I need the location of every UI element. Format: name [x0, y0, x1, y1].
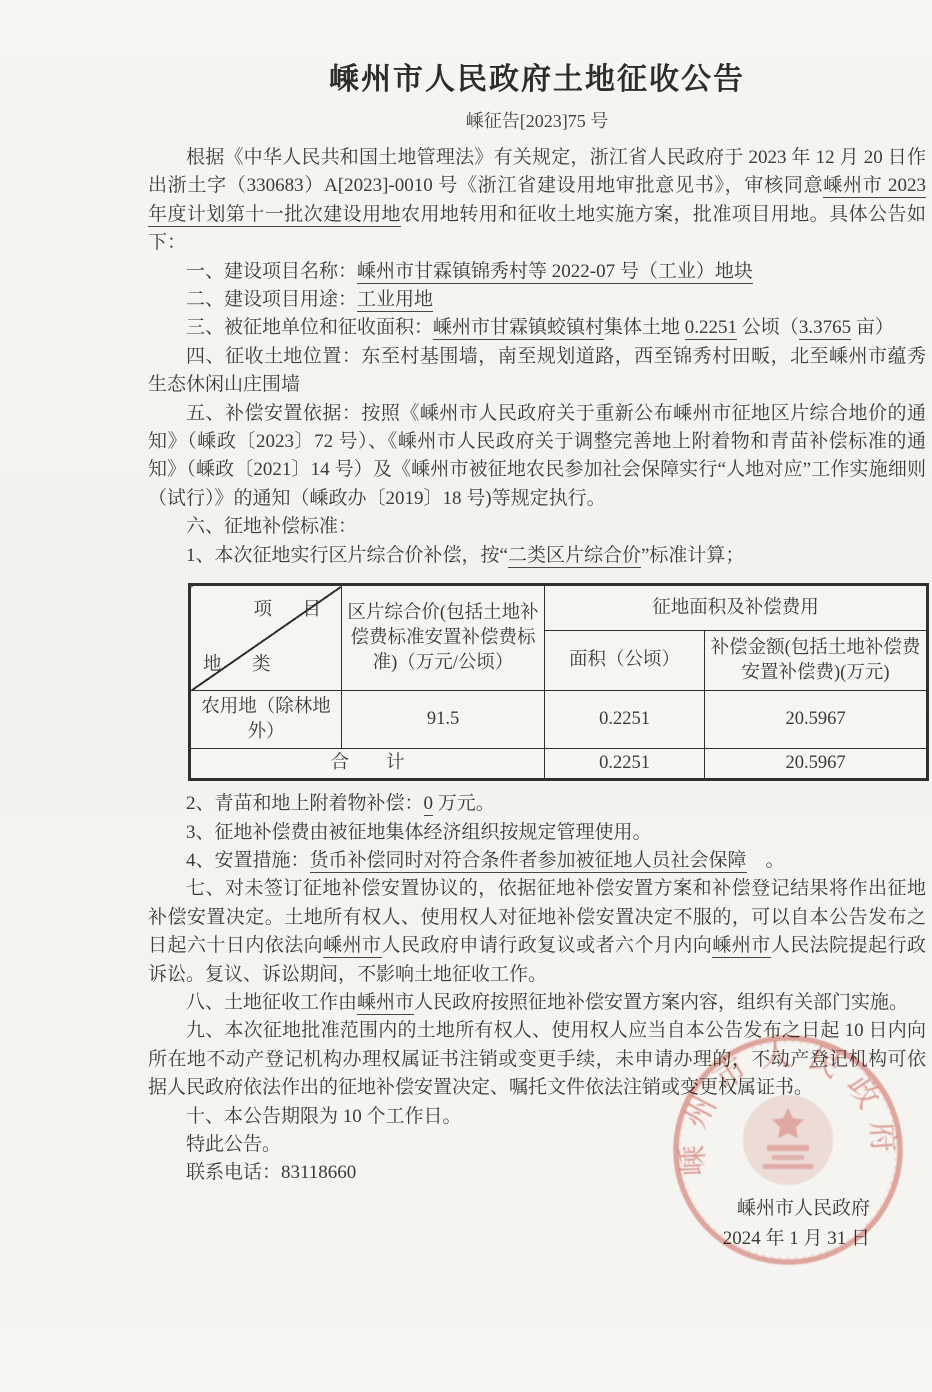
text-segment: 特此公告。	[186, 1134, 281, 1155]
row-category-cell: 农用地（除林地外）	[190, 691, 342, 749]
paragraph-contact: 联系电话：83118660	[148, 1159, 926, 1187]
underlined-text: 0	[424, 793, 434, 816]
document-body: 根据《中华人民共和国土地管理法》有关规定，浙江省人民政府于 2023 年 12 …	[148, 144, 926, 1188]
paragraph-item-6: 六、征地补偿标准：	[148, 513, 926, 541]
text-segment: 九、本次征地批准范围内的土地所有权人、使用权人应当自本公告发布之日起 10 日内…	[148, 1020, 926, 1098]
text-segment: 二、建设项目用途：	[186, 289, 357, 310]
underlined-text: 二类区片综合价	[508, 545, 641, 568]
text-segment: 4、安置措施：	[186, 850, 310, 871]
paragraph-item-7: 七、对未签订征地补偿安置协议的，依据征地补偿安置方案和补偿登记结果将作出征地补偿…	[148, 875, 926, 989]
text-segment: 人民政府申请行政复议或者六个月内向	[382, 935, 713, 956]
underlined-text: 嵊州市	[357, 992, 414, 1015]
text-segment: 公顷（	[737, 317, 799, 338]
underlined-text: 嵊州市	[323, 935, 381, 958]
paragraph-item-6-1: 1、本次征地实行区片综合价补偿，按“二类区片综合价”标准计算；	[148, 542, 926, 570]
paragraph-item-1: 一、建设项目名称：嵊州市甘霖镇锦秀村等 2022-07 号（工业）地块	[148, 258, 926, 286]
group-header-cell: 征地面积及补偿费用	[545, 585, 928, 631]
text-segment: 五、补偿安置依据：按照《嵊州市人民政府关于重新公布嵊州市征地区片综合地价的通知》…	[148, 403, 926, 509]
text-segment: 1、本次征地实行区片综合价补偿，按“	[186, 545, 508, 566]
underlined-text: 3.3765	[799, 317, 851, 340]
text-segment: 一、建设项目名称：	[186, 261, 357, 282]
row-price-cell: 91.5	[342, 691, 545, 749]
text-segment: ”标准计算；	[641, 545, 744, 566]
paragraph-item-6-4: 4、安置措施：货币补偿同时对符合条件者参加被征地人员社会保障 。	[148, 847, 926, 875]
compensation-table: 项 目 地 类 区片综合价(包括土地补偿费标准安置补偿费标准)（万元/公顷） 征…	[188, 583, 929, 781]
document-body-top: 根据《中华人民共和国土地管理法》有关规定，浙江省人民政府于 2023 年 12 …	[148, 144, 926, 570]
signature-org: 嵊州市人民政府	[148, 1194, 870, 1224]
signature-block: 嵊州市人民政府 2024 年 1 月 31 日	[148, 1194, 926, 1254]
corner-label-landtype: 地 类	[203, 653, 277, 678]
text-segment: 。	[747, 850, 785, 871]
text-segment: 十、本公告期限为 10 个工作日。	[186, 1106, 462, 1127]
underlined-text: 嵊州市甘霖镇蛟镇村	[433, 317, 604, 340]
signature-date: 2024 年 1 月 31 日	[148, 1224, 870, 1254]
document-body-bottom: 2、青苗和地上附着物补偿：0 万元。3、征地补偿费由被征地集体经济组织按规定管理…	[148, 790, 926, 1188]
text-segment: 人民政府按照征地补偿安置方案内容，组织有关部门实施。	[414, 992, 908, 1013]
paragraph-item-5: 五、补偿安置依据：按照《嵊州市人民政府关于重新公布嵊州市征地区片综合地价的通知》…	[148, 400, 926, 514]
text-segment: 亩）	[851, 317, 894, 338]
amount-header-cell: 补偿金额(包括土地补偿费安置补偿费)(万元)	[705, 631, 928, 691]
paragraph-item-3: 三、被征地单位和征收面积：嵊州市甘霖镇蛟镇村集体土地 0.2251 公顷（3.3…	[148, 314, 926, 342]
text-segment: 四、征收土地位置：东至村基围墙，南至规划道路，西至锦秀村田畈，北至嵊州市蕴秀生态…	[148, 346, 926, 395]
table-total-row: 合 计 0.2251 20.5967	[190, 749, 928, 780]
text-segment: 2、青苗和地上附着物补偿：	[186, 793, 424, 814]
underlined-text: 0.2251	[685, 317, 737, 340]
text-segment: 3、征地补偿费由被征地集体经济组织按规定管理使用。	[186, 822, 652, 843]
paragraph-item-6-2: 2、青苗和地上附着物补偿：0 万元。	[148, 790, 926, 818]
corner-label-item: 项 目	[253, 598, 327, 623]
underlined-text: 嵊州市甘霖镇锦秀村等 2022-07 号（工业）地块	[357, 261, 753, 284]
total-amount-cell: 20.5967	[705, 749, 928, 780]
paragraph-intro: 根据《中华人民共和国土地管理法》有关规定，浙江省人民政府于 2023 年 12 …	[148, 144, 926, 258]
page-title: 嵊州市人民政府土地征收公告	[148, 58, 926, 102]
paragraph-item-9: 九、本次征地批准范围内的土地所有权人、使用权人应当自本公告发布之日起 10 日内…	[148, 1017, 926, 1102]
total-area-cell: 0.2251	[545, 749, 705, 780]
total-label-cell: 合 计	[190, 749, 545, 780]
text-segment: 根据《中华人民共和国土地管理法》有关规定，浙江省人民政府于 2023 年 12 …	[148, 147, 926, 196]
text-segment: 联系电话：83118660	[186, 1162, 356, 1183]
document-page: 嵊州市人民政府土地征收公告 嵊征告[2023]75 号 根据《中华人民共和国土地…	[0, 0, 932, 1392]
paragraph-item-4: 四、征收土地位置：东至村基围墙，南至规划道路，西至锦秀村田畈，北至嵊州市蕴秀生态…	[148, 343, 926, 400]
underlined-text: 工业用地	[357, 289, 433, 312]
text-segment: 万元。	[433, 793, 495, 814]
table-row: 农用地（除林地外） 91.5 0.2251 20.5967	[190, 691, 928, 749]
underlined-text: 货币补偿同时对符合条件者参加被征地人员社会保障	[310, 850, 747, 873]
text-segment: 三、被征地单位和征收面积：	[186, 317, 433, 338]
corner-cell: 项 目 地 类	[190, 585, 342, 691]
paragraph-item-8: 八、土地征收工作由嵊州市人民政府按照征地补偿安置方案内容，组织有关部门实施。	[148, 989, 926, 1017]
price-header-cell: 区片综合价(包括土地补偿费标准安置补偿费标准)（万元/公顷）	[342, 585, 545, 691]
doc-number: 嵊征告[2023]75 号	[148, 106, 926, 136]
text-segment: 八、土地征收工作由	[186, 992, 357, 1013]
area-header-cell: 面积（公顷）	[545, 631, 705, 691]
text-segment: 六、征地补偿标准：	[186, 516, 357, 537]
paragraph-item-6-3: 3、征地补偿费由被征地集体经济组织按规定管理使用。	[148, 819, 926, 847]
text-segment: 集体土地	[604, 317, 685, 338]
paragraph-item-2: 二、建设项目用途：工业用地	[148, 286, 926, 314]
underlined-text: 嵊州市	[712, 935, 770, 958]
row-area-cell: 0.2251	[545, 691, 705, 749]
paragraph-closing: 特此公告。	[148, 1131, 926, 1159]
paragraph-item-10: 十、本公告期限为 10 个工作日。	[148, 1103, 926, 1131]
row-amount-cell: 20.5967	[705, 691, 928, 749]
